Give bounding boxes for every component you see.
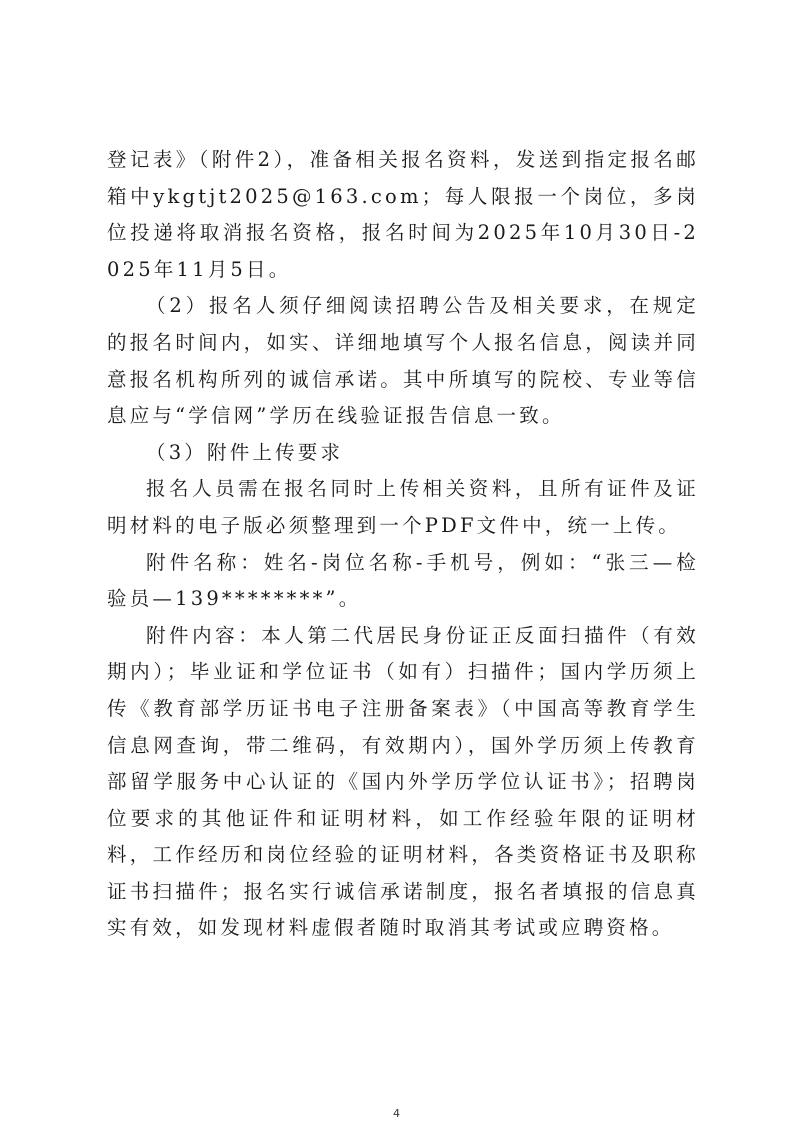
document-body: 登记表》（附件2），准备相关报名资料，发送到指定报名邮箱中ykgtjt2025@… [107, 142, 699, 947]
page-number: 4 [0, 1107, 793, 1120]
paragraph-registration-notice: （2）报名人须仔细阅读招聘公告及相关要求，在规定的报名时间内，如实、详细地填写个… [107, 288, 699, 434]
paragraph-attachment-contents: 附件内容：本人第二代居民身份证正反面扫描件（有效期内）；毕业证和学位证书（如有）… [107, 618, 699, 947]
paragraph-upload-instructions: 报名人员需在报名同时上传相关资料，且所有证件及证明材料的电子版必须整理到一个PD… [107, 471, 699, 544]
document-page: 登记表》（附件2），准备相关报名资料，发送到指定报名邮箱中ykgtjt2025@… [0, 0, 793, 1122]
paragraph-attachment-naming: 附件名称：姓名-岗位名称-手机号，例如：“张三—检验员—139********”… [107, 545, 699, 618]
section-heading-attachment-requirements: （3）附件上传要求 [107, 435, 699, 472]
paragraph-registration-submission: 登记表》（附件2），准备相关报名资料，发送到指定报名邮箱中ykgtjt2025@… [107, 142, 699, 288]
